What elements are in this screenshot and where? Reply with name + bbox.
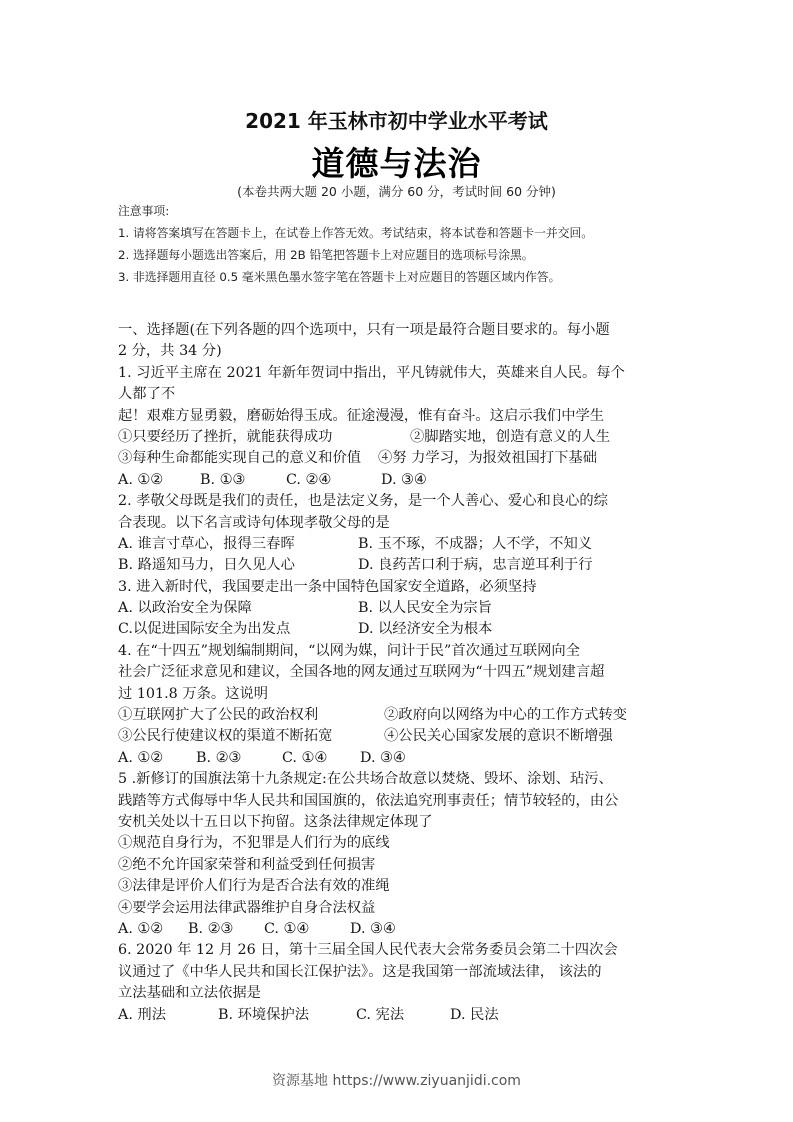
question-5: 5 .新修订的国旗法第十九条规定:在公共场合故意以焚烧、毁坏、涂划、玷污、 践踏… [118, 769, 698, 940]
option: B. 环境保护法 [218, 1005, 356, 1026]
option: B. 以人民安全为宗旨 [358, 598, 492, 619]
question-stem: 1. 习近平主席在 2021 年新年贺词中指出，平凡铸就伟大，英雄来自人民。每个 [118, 363, 698, 384]
option: D. ③④ [360, 748, 406, 769]
option: A. ①② [118, 919, 188, 940]
question-6: 6. 2020 年 12 月 26 日，第十三届全国人民代表大会常务委员会第二十… [118, 940, 698, 1026]
statement: ③每种生命都能实现自己的意义和价值 [118, 448, 378, 469]
statement: ④要学会运用法律武器维护自身合法权益 [118, 898, 698, 919]
option: B. 玉不琢，不成器；人不学，不知义 [358, 534, 592, 555]
question-4: 4. 在“十四五”规划编制期间，“以网为媒，问计于民”首次通过互联网向全 社会广… [118, 641, 698, 769]
subject-title: 道德与法治 [0, 138, 793, 185]
note-item: 1. 请将答案填写在答题卡上，在试卷上作答无效。考试结束，将本试卷和答题卡一并交… [118, 222, 698, 244]
option: D. 良药苦口利于病，忠言逆耳利于行 [358, 555, 593, 576]
question-stem: 合表现。以下名言或诗句体现孝敬父母的是 [118, 513, 698, 534]
exam-info: (本卷共两大题 20 小题，满分 60 分，考试时间 60 分钟) [0, 182, 793, 200]
section-heading: 2 分，共 34 分) [118, 341, 698, 362]
option: B. ①③ [200, 470, 286, 491]
question-stem: 践踏等方式侮辱中华人民共和国国旗的，依法追究刑事责任；情节较轻的，由公 [118, 791, 698, 812]
option: A. 以政治安全为保障 [118, 598, 358, 619]
statement: ④努 力学习，为报效祖国打下基础 [378, 448, 597, 469]
question-stem: 社会广泛征求意见和建议，全国各地的网友通过互联网为“十四五”规划建言超 [118, 662, 698, 683]
question-stem: 6. 2020 年 12 月 26 日，第十三届全国人民代表大会常务委员会第二十… [118, 940, 698, 961]
option: D. 以经济安全为根本 [358, 619, 492, 640]
option: A. ①② [118, 748, 196, 769]
statement: ③法律是评价人们行为是否合法有效的准绳 [118, 876, 698, 897]
question-3: 3. 进入新时代，我国要走出一条中国特色国家安全道路，必须坚持 A. 以政治安全… [118, 577, 698, 641]
question-stem: 起！艰难方显勇毅，磨砺始得玉成。征途漫漫，惟有奋斗。这启示我们中学生 [118, 406, 698, 427]
option: A. ①② [118, 470, 200, 491]
option: C. 宪法 [356, 1005, 450, 1026]
statement: ①互联网扩大了公民的政治权利 [118, 705, 384, 726]
option: D. ③④ [350, 919, 396, 940]
question-stem: 3. 进入新时代，我国要走出一条中国特色国家安全道路，必须坚持 [118, 577, 698, 598]
statement: ②脚踏实地，创造有意义的人生 [410, 427, 610, 448]
question-stem: 议通过了《中华人民共和国长江保护法》。这是我国第一部流域法律， 该法的 [118, 962, 698, 983]
option: B. ②③ [188, 919, 264, 940]
option: A. 谁言寸草心，报得三春晖 [118, 534, 358, 555]
option: A. 刑法 [118, 1005, 218, 1026]
question-1: 1. 习近平主席在 2021 年新年贺词中指出，平凡铸就伟大，英雄来自人民。每个… [118, 363, 698, 491]
statement: ①只要经历了挫折，就能获得成功 [118, 427, 410, 448]
exam-title: 2021 年玉林市初中学业水平考试 [0, 105, 793, 134]
question-stem: 4. 在“十四五”规划编制期间，“以网为媒，问计于民”首次通过互联网向全 [118, 641, 698, 662]
option: C. ②④ [286, 470, 381, 491]
question-stem: 立法基础和立法依据是 [118, 983, 698, 1004]
option: C. ①④ [282, 748, 360, 769]
watermark-footer: 资源基地 https://www.ziyuanjidi.com [0, 1070, 793, 1090]
question-stem: 过 101.8 万条。这说明 [118, 684, 698, 705]
statement: ④公民关心国家发展的意识不断增强 [384, 726, 613, 747]
question-stem: 5 .新修订的国旗法第十九条规定:在公共场合故意以焚烧、毁坏、涂划、玷污、 [118, 769, 698, 790]
option: B. 路遥知马力，日久见人心 [118, 555, 358, 576]
notes-heading: 注意事项: [118, 200, 698, 222]
section-heading: 一、选择题(在下列各题的四个选项中，只有一项是最符合题目要求的。每小题 [118, 320, 698, 341]
option: B. ②③ [196, 748, 282, 769]
note-item: 3. 非选择题用直径 0.5 毫米黑色墨水签字笔在答题卡上对应题目的答题区域内作… [118, 266, 698, 288]
notes-section: 注意事项: 1. 请将答案填写在答题卡上，在试卷上作答无效。考试结束，将本试卷和… [118, 200, 698, 288]
statement: ②政府向以网络为中心的工作方式转变 [384, 705, 627, 726]
question-stem: 2. 孝敬父母既是我们的责任，也是法定义务，是一个人善心、爱心和良心的综 [118, 491, 698, 512]
question-body: 一、选择题(在下列各题的四个选项中，只有一项是最符合题目要求的。每小题 2 分，… [118, 320, 698, 1026]
option: C.以促进国际安全为出发点 [118, 619, 358, 640]
exam-page: 2021 年玉林市初中学业水平考试 道德与法治 (本卷共两大题 20 小题，满分… [0, 0, 793, 1122]
statement: ②绝不允许国家荣誉和利益受到任何损害 [118, 855, 698, 876]
option: D. ③④ [381, 470, 427, 491]
statement: ③公民行使建议权的渠道不断拓宽 [118, 726, 384, 747]
question-stem: 人都了不 [118, 384, 698, 405]
option: C. ①④ [264, 919, 350, 940]
question-2: 2. 孝敬父母既是我们的责任，也是法定义务，是一个人善心、爱心和良心的综 合表现… [118, 491, 698, 577]
option: D. 民法 [450, 1005, 499, 1026]
question-stem: 安机关处以十五日以下拘留。这条法律规定体现了 [118, 812, 698, 833]
note-item: 2. 选择题每小题选出答案后，用 2B 铅笔把答题卡上对应题目的选项标号涂黑。 [118, 244, 698, 266]
statement: ①规范自身行为，不犯罪是人们行为的底线 [118, 833, 698, 854]
